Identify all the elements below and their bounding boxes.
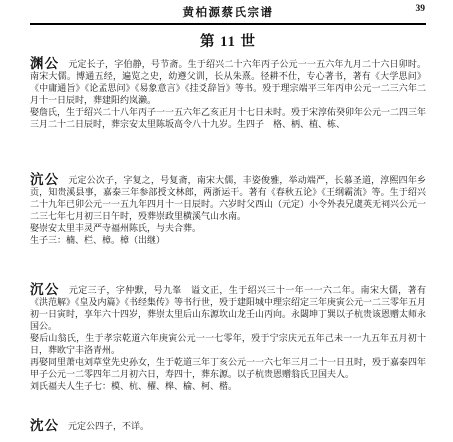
entry-hang-gong: 沆公元定公次子，字复之，号复斋，南宋大儒，丰姿俊雅，举动端严，长慕圣道，淳熙四年… xyxy=(30,174,426,246)
entry-paragraph: 沈公元定公四子，不详。 xyxy=(30,420,426,432)
entry-biography-text: 元定三子，字仲默，号九峯 谥文正，生于绍兴三十一年一一六二年。南宋大儒，著有《洪… xyxy=(30,285,426,331)
entry-sons-text: 生子三：楠、栏、樟。樟（出继） xyxy=(30,234,426,246)
entry-name: 渊公 xyxy=(30,56,59,71)
entry-name: 沉公 xyxy=(30,282,60,297)
page-number: 39 xyxy=(416,4,426,14)
generation-title: 第 11 世 xyxy=(30,30,426,51)
entry-paragraph: 渊公元定长子，字伯静，号节斋。生于绍兴二十六年丙子公元一一五六年九月二十六日卯时… xyxy=(30,58,426,106)
entry-marriage-text: 娶后山翁氏，生于孝宗乾道六年庚寅公元一一七零年，殁于宁宗庆元五年己未一一九五年五… xyxy=(30,332,426,356)
entry-biography-text: 元定长子，字伯静，号节斋。生于绍兴二十六年丙子公元一一五六年九月二十六日卯时。南… xyxy=(30,59,426,105)
entry-marriage-text: 娶詹氏，生于绍兴二十八年丙子一一五六年乙亥正月十七日未时。殁于宋淳佑癸卯年公元一… xyxy=(30,106,426,130)
entry-chen-gong: 沉公元定三子，字仲默，号九峯 谥文正，生于绍兴三十一年一一六二年。南宋大儒，著有… xyxy=(30,284,426,392)
entry-sons-text: 刘氏福夫人生子七：模、杭、櫂、槔、榆、柯、楷。 xyxy=(30,380,426,392)
entry-biography-text: 元定公次子，字复之，号复斋，南宋大儒，丰姿俊雅，举动端严，长慕圣道，淳熙四年乡贡… xyxy=(30,175,426,221)
entry-name: 沆公 xyxy=(30,172,59,187)
entry-paragraph: 沆公元定公次子，字复之，号复斋，南宋大儒，丰姿俊雅，举动端严，长慕圣道，淳熙四年… xyxy=(30,174,426,222)
genealogy-page: 黄柏源蔡氏宗谱 39 第 11 世 渊公元定长子，字伯静，号节斋。生于绍兴二十六… xyxy=(0,0,453,442)
entry-name: 沈公 xyxy=(30,418,59,433)
page-header: 黄柏源蔡氏宗谱 39 xyxy=(30,3,426,25)
entry-shen-gong: 沈公元定公四子，不详。 xyxy=(30,420,426,432)
header-title: 黄柏源蔡氏宗谱 xyxy=(183,7,274,19)
entry-yuan-gong: 渊公元定长子，字伯静，号节斋。生于绍兴二十六年丙子公元一一五六年九月二十六日卯时… xyxy=(30,58,426,130)
entry-biography-text: 元定公四子，不详。 xyxy=(68,421,149,431)
entry-marriage-text: 娶崇安太里丰灵严寺福州陈氏，与夫合葬。 xyxy=(30,222,426,234)
entry-second-marriage-text: 再娶同里萧屯刘草堂先史孙女，生于乾道三年丁亥公元一一六七年三月二十一日丑时，殁于… xyxy=(30,356,426,380)
entry-paragraph: 沉公元定三子，字仲默，号九峯 谥文正，生于绍兴三十一年一一六二年。南宋大儒，著有… xyxy=(30,284,426,332)
